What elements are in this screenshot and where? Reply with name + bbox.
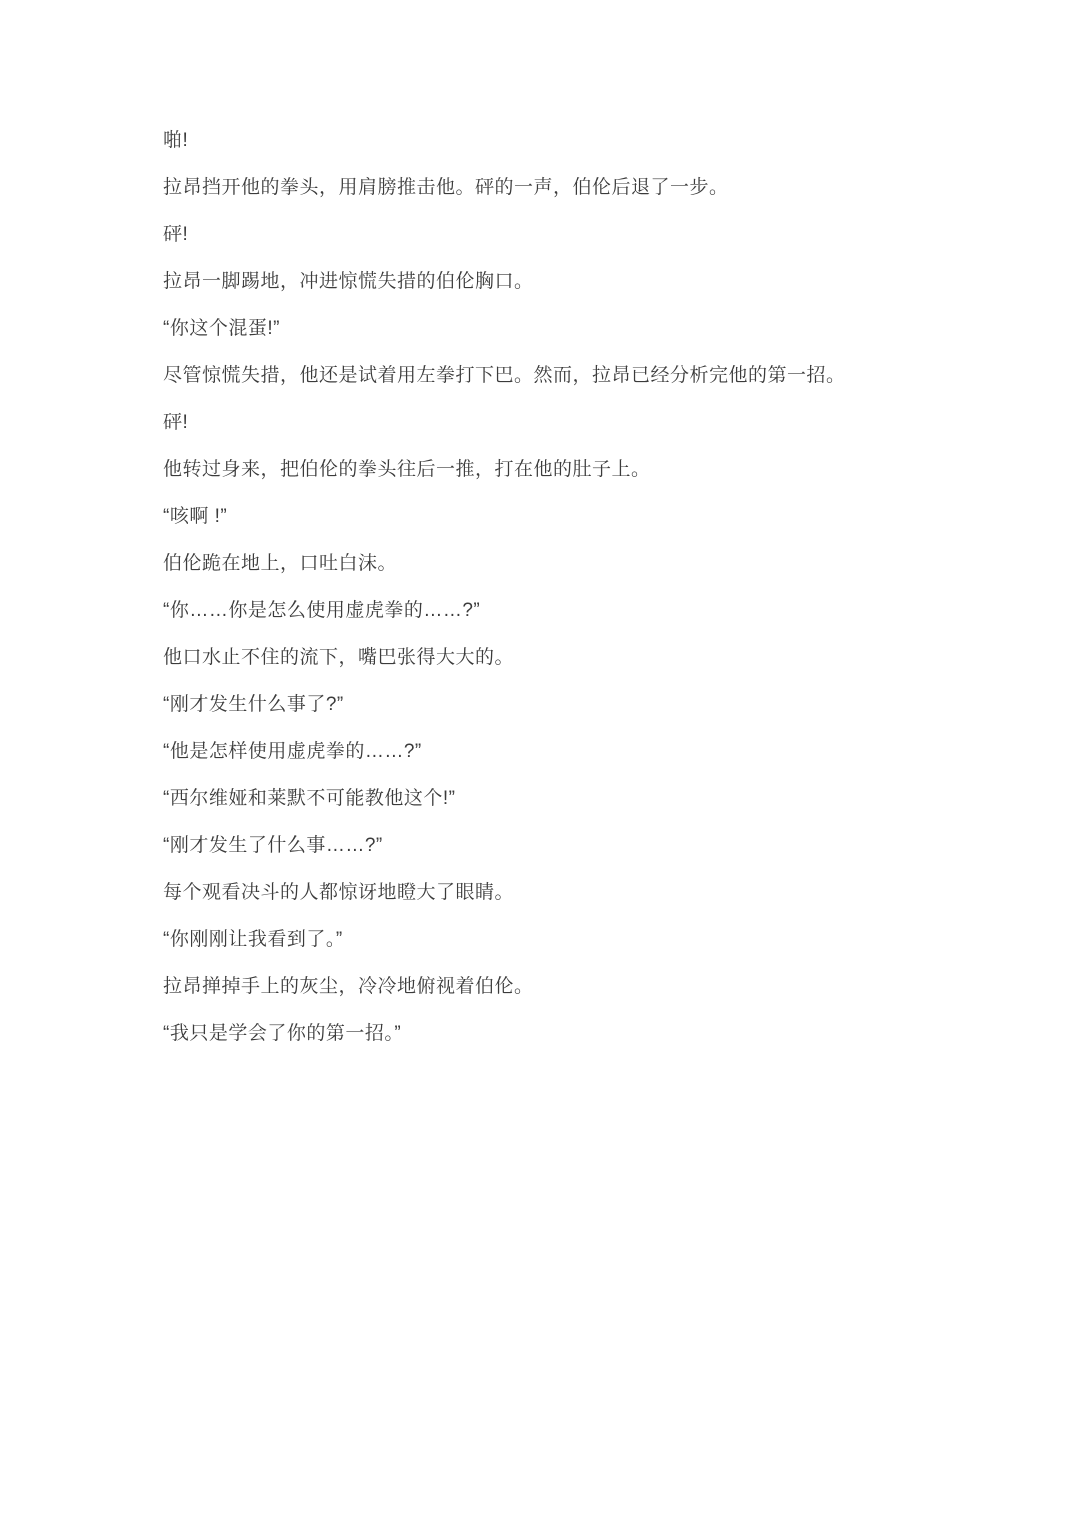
paragraph: 拉昂挡开他的拳头，用肩膀推击他。砰的一声，伯伦后退了一步。 [163, 178, 924, 198]
text-content: 啪! 拉昂挡开他的拳头，用肩膀推击他。砰的一声，伯伦后退了一步。 砰! 拉昂一脚… [163, 131, 924, 1071]
paragraph: 他转过身来，把伯伦的拳头往后一推，打在他的肚子上。 [163, 460, 924, 480]
paragraph: 伯伦跪在地上，口吐白沫。 [163, 554, 924, 574]
paragraph: 尽管惊慌失措，他还是试着用左拳打下巴。然而，拉昂已经分析完他的第一招。 [163, 366, 924, 386]
paragraph: 啪! [163, 131, 924, 151]
paragraph: 砰! [163, 225, 924, 245]
paragraph: 拉昂一脚踢地，冲进惊慌失措的伯伦胸口。 [163, 272, 924, 292]
paragraph: “我只是学会了你的第一招。” [163, 1024, 924, 1044]
paragraph: 每个观看决斗的人都惊讶地瞪大了眼睛。 [163, 883, 924, 903]
paragraph: 他口水止不住的流下，嘴巴张得大大的。 [163, 648, 924, 668]
paragraph: “你刚刚让我看到了。” [163, 930, 924, 950]
paragraph: “刚才发生了什么事……?” [163, 836, 924, 856]
paragraph: “咳啊 !” [163, 507, 924, 527]
paragraph: 砰! [163, 413, 924, 433]
paragraph: 拉昂掸掉手上的灰尘，冷冷地俯视着伯伦。 [163, 977, 924, 997]
paragraph: “西尔维娅和莱默不可能教他这个!” [163, 789, 924, 809]
paragraph: “他是怎样使用虚虎拳的……?” [163, 742, 924, 762]
paragraph: “你……你是怎么使用虚虎拳的……?” [163, 601, 924, 621]
paragraph: “你这个混蛋!” [163, 319, 924, 339]
paragraph: “刚才发生什么事了?” [163, 695, 924, 715]
document-page: 啪! 拉昂挡开他的拳头，用肩膀推击他。砰的一声，伯伦后退了一步。 砰! 拉昂一脚… [0, 0, 1074, 1519]
